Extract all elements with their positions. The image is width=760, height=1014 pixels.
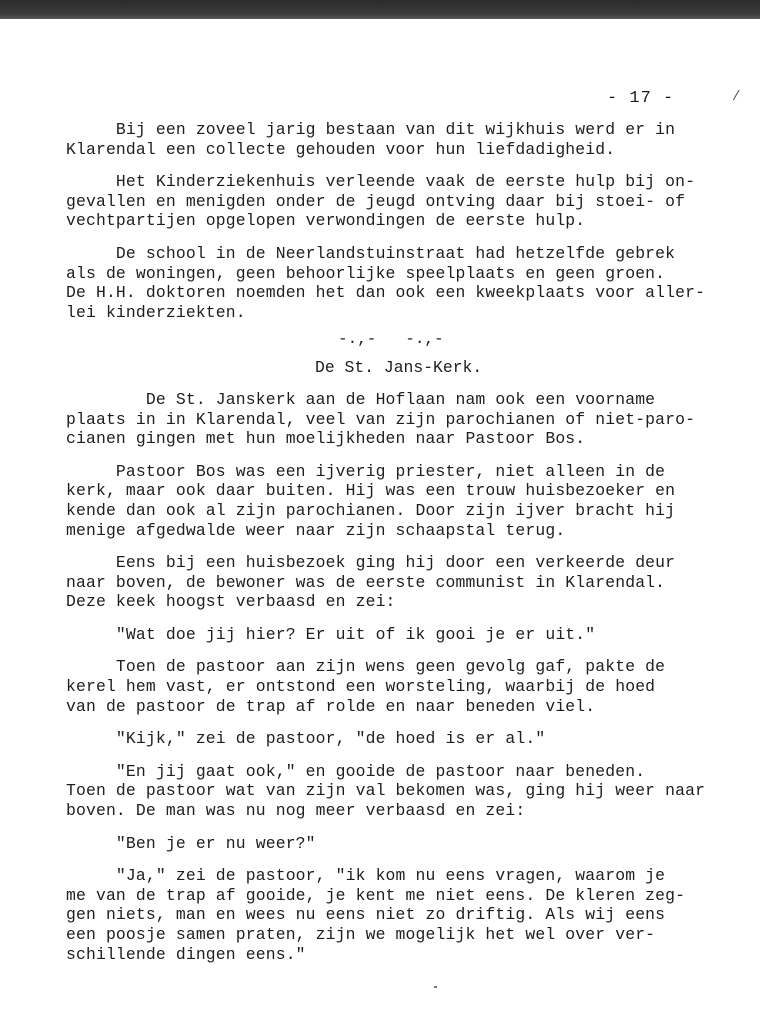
text-line: gevallen en menigden onder de jeugd ontv… xyxy=(66,192,746,212)
paragraph-janskerk: De St. Janskerk aan de Hoflaan nam ook e… xyxy=(66,390,746,449)
document-body: Bij een zoveel jarig bestaan van dit wij… xyxy=(66,120,746,964)
margin-mark: / xyxy=(732,89,740,105)
text-line: De school in de Neerlandstuinstraat had … xyxy=(66,244,746,264)
text-line: "Wat doe jij hier? Er uit of ik gooi je … xyxy=(66,625,746,645)
paragraph-school: De school in de Neerlandstuinstraat had … xyxy=(66,244,746,322)
page-number: - 17 - xyxy=(607,89,674,108)
text-line: Toen de pastoor wat van zijn val bekomen… xyxy=(66,781,746,801)
paragraph-wijkhuis: Bij een zoveel jarig bestaan van dit wij… xyxy=(66,120,746,159)
section-separator: -.,- -.,- xyxy=(66,330,746,349)
text-line: kerk, maar ook daar buiten. Hij was een … xyxy=(66,481,746,501)
text-line: lei kinderziekten. xyxy=(66,303,746,323)
text-line: me van de trap af gooide, je kent me nie… xyxy=(66,886,746,906)
text-line: "Ben je er nu weer?" xyxy=(66,834,746,854)
section-heading: De St. Jans-Kerk. xyxy=(66,358,746,378)
paragraph-kinderziekenhuis: Het Kinderziekenhuis verleende vaak de e… xyxy=(66,172,746,231)
paragraph-en-jij-gaat-ook: "En jij gaat ook," en gooide de pastoor … xyxy=(66,762,746,821)
text-line: als de woningen, geen behoorlijke speelp… xyxy=(66,264,746,284)
paragraph-pastoor-bos: Pastoor Bos was een ijverig priester, ni… xyxy=(66,462,746,540)
text-line: gen niets, man en wees nu eens niet zo d… xyxy=(66,905,746,925)
text-line: Het Kinderziekenhuis verleende vaak de e… xyxy=(66,172,746,192)
text-line: van de pastoor de trap af rolde en naar … xyxy=(66,697,746,717)
text-line: Klarendal een collecte gehouden voor hun… xyxy=(66,140,746,160)
text-line: schillende dingen eens." xyxy=(66,945,746,965)
text-line: "Kijk," zei de pastoor, "de hoed is er a… xyxy=(66,729,746,749)
paragraph-huisbezoek: Eens bij een huisbezoek ging hij door ee… xyxy=(66,553,746,612)
paragraph-quote-ja: "Ja," zei de pastoor, "ik kom nu eens vr… xyxy=(66,866,746,964)
text-line: "Ja," zei de pastoor, "ik kom nu eens vr… xyxy=(66,866,746,886)
text-line: De St. Janskerk aan de Hoflaan nam ook e… xyxy=(66,390,746,410)
text-line: Bij een zoveel jarig bestaan van dit wij… xyxy=(66,120,746,140)
paragraph-quote-ben-je-er: "Ben je er nu weer?" xyxy=(66,834,746,854)
text-line: Deze keek hoogst verbaasd en zei: xyxy=(66,592,746,612)
text-line: cianen gingen met hun moelijkheden naar … xyxy=(66,429,746,449)
paragraph-quote-wat-doe-jij: "Wat doe jij hier? Er uit of ik gooi je … xyxy=(66,625,746,645)
text-line: naar boven, de bewoner was de eerste com… xyxy=(66,573,746,593)
text-line: Eens bij een huisbezoek ging hij door ee… xyxy=(66,553,746,573)
scan-speck xyxy=(434,986,437,988)
text-line: plaats in in Klarendal, veel van zijn pa… xyxy=(66,410,746,430)
text-line: vechtpartijen opgelopen verwondingen de … xyxy=(66,211,746,231)
text-line: kende dan ook al zijn parochianen. Door … xyxy=(66,501,746,521)
text-line: Pastoor Bos was een ijverig priester, ni… xyxy=(66,462,746,482)
text-line: kerel hem vast, er ontstond een worsteli… xyxy=(66,677,746,697)
paragraph-worsteling: Toen de pastoor aan zijn wens geen gevol… xyxy=(66,657,746,716)
text-line: Toen de pastoor aan zijn wens geen gevol… xyxy=(66,657,746,677)
text-line: een poosje samen praten, zijn we mogelij… xyxy=(66,925,746,945)
text-line: "En jij gaat ook," en gooide de pastoor … xyxy=(66,762,746,782)
scan-edge xyxy=(0,0,760,19)
text-line: boven. De man was nu nog meer verbaasd e… xyxy=(66,801,746,821)
text-line: menige afgedwalde weer naar zijn schaaps… xyxy=(66,521,746,541)
paragraph-quote-kijk: "Kijk," zei de pastoor, "de hoed is er a… xyxy=(66,729,746,749)
text-line: De H.H. doktoren noemden het dan ook een… xyxy=(66,283,746,303)
